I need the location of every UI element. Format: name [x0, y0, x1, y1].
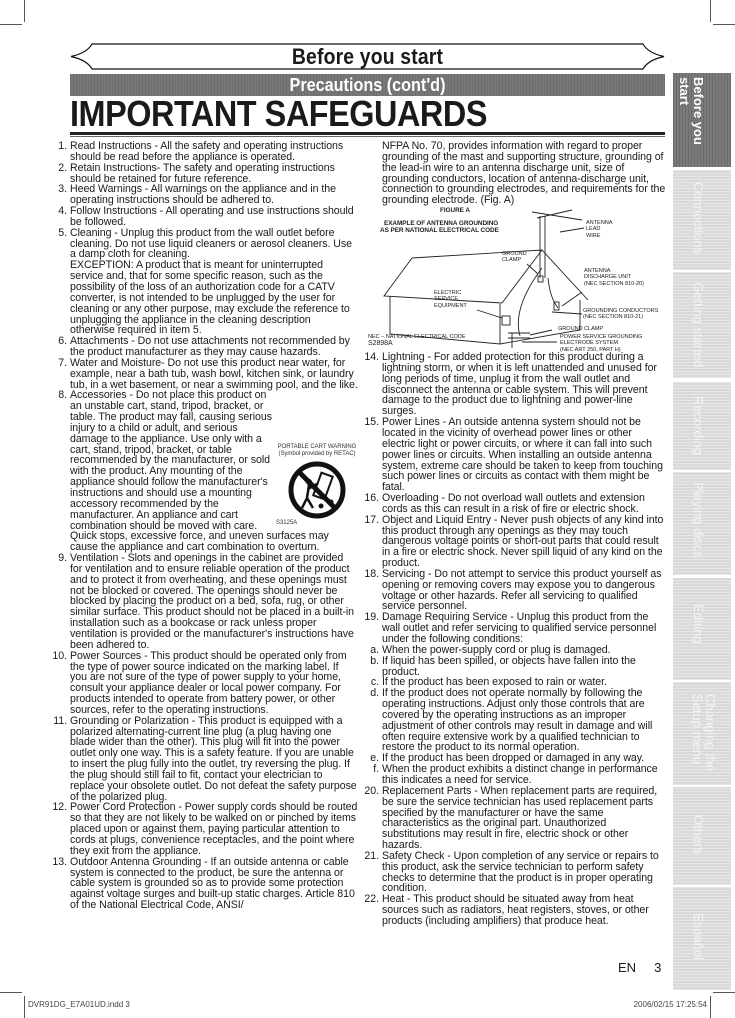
item-letter: d. — [362, 688, 382, 753]
title-rule — [70, 132, 665, 135]
item-number: 3. — [50, 184, 70, 206]
item-letter: e. — [362, 753, 382, 764]
item-number: 22. — [362, 894, 382, 927]
label-antenna-lead-wire: ANTENNA LEAD WIRE — [586, 220, 612, 239]
list-item: 20.Replacement Parts - When replacement … — [362, 786, 666, 851]
item-number: 9. — [50, 553, 70, 651]
item-text: Damage Requiring Service - Unplug this p… — [382, 612, 666, 645]
item-text: Ventilation - Slots and openings in the … — [70, 553, 358, 651]
item-text: Water and Moisture- Do not use this prod… — [70, 358, 358, 391]
tab-getting-started[interactable]: Getting started — [673, 272, 731, 378]
list-item: 2.Retain Instructions- The safety and op… — [50, 163, 358, 185]
item-text: Power Cord Protection - Power supply cor… — [70, 802, 358, 856]
item-number: 16. — [362, 493, 382, 515]
cart-warning-source: (Symbol provided by RETAC) — [276, 451, 358, 458]
item-text: If liquid has been spilled, or objects h… — [382, 656, 666, 678]
list-subitem: d.If the product does not operate normal… — [362, 688, 666, 753]
tab-label: Español — [673, 887, 731, 990]
item-text: If the product does not operate normally… — [382, 688, 666, 753]
item-number: 18. — [362, 569, 382, 612]
item-text: Object and Liquid Entry - Never push obj… — [382, 515, 666, 569]
item-number: 13. — [50, 857, 70, 911]
crop-mark — [24, 996, 25, 1018]
item-number: 17. — [362, 515, 382, 569]
list-item: 9.Ventilation - Slots and openings in th… — [50, 553, 358, 651]
portable-cart-warning: PORTABLE CART WARNING (Symbol provided b… — [276, 444, 358, 527]
tab-editing[interactable]: Editing — [673, 578, 731, 680]
label-electric-service-equipment: ELECTRIC SERVICE EQUIPMENT — [434, 290, 467, 309]
label-ground-clamp: GROUND CLAMP — [502, 251, 527, 264]
item-text: Safety Check - Upon completion of any se… — [382, 851, 666, 894]
title-rule-thin — [70, 136, 665, 137]
list-item: 1.Read Instructions - All the safety and… — [50, 141, 358, 163]
list-item: 16.Overloading - Do not overload wall ou… — [362, 493, 666, 515]
list-item: 5.Cleaning - Unplug this product from th… — [50, 228, 358, 336]
cart-warning-caption: PORTABLE CART WARNING — [276, 444, 358, 451]
list-item: 4.Follow Instructions - All operating an… — [50, 206, 358, 228]
label-power-service-grounding: POWER SERVICE GROUNDING ELECTRODE SYSTEM… — [560, 334, 642, 353]
list-item: 6.Attachments - Do not use attachments n… — [50, 336, 358, 358]
tab-recording[interactable]: Recording — [673, 382, 731, 470]
list-item: 22.Heat - This product should be situate… — [362, 894, 666, 927]
list-item: 11.Grounding or Polarization - This prod… — [50, 716, 358, 803]
section-title: Before you start — [106, 44, 630, 70]
list-subitem: b.If liquid has been spilled, or objects… — [362, 656, 666, 678]
section-banner: Before you start — [70, 43, 665, 70]
list-subitem: f.When the product exhibits a distinct c… — [362, 764, 666, 786]
tab-connections[interactable]: Connections — [673, 170, 731, 270]
tab-changing-setup-menu[interactable]: Changing the Setup menu — [673, 682, 731, 785]
crop-mark — [713, 24, 735, 25]
item-text: Replacement Parts - When replacement par… — [382, 786, 666, 851]
item-text: Servicing - Do not attempt to service th… — [382, 569, 666, 612]
list-item: 12.Power Cord Protection - Power supply … — [50, 802, 358, 856]
tab-label: Getting started — [673, 272, 731, 378]
item-text: Cleaning - Unplug this product from the … — [70, 227, 352, 261]
item-number: 14. — [362, 352, 382, 417]
item-number: 4. — [50, 206, 70, 228]
item-number: 8. — [50, 390, 70, 553]
tab-label: Changing the Setup menu — [673, 682, 731, 785]
item-text: Overloading - Do not overload wall outle… — [382, 493, 666, 515]
item-text: Read Instructions - All the safety and o… — [70, 141, 358, 163]
item-number: 11. — [50, 716, 70, 803]
item-exception-text: EXCEPTION: A product that is meant for u… — [70, 259, 350, 336]
list-item: 10.Power Sources - This product should b… — [50, 651, 358, 716]
item-text: When the product exhibits a distinct cha… — [382, 764, 666, 786]
item-text: Attachments - Do not use attachments not… — [70, 336, 358, 358]
tab-espanol[interactable]: Español — [673, 887, 731, 990]
figure-code: S2898A — [368, 341, 393, 347]
list-item: 14.Lightning - For added protection for … — [362, 352, 666, 417]
label-grounding-conductors: GROUNDING CONDUCTORS (NEC SECTION 810-21… — [583, 308, 658, 321]
crop-mark — [710, 996, 711, 1018]
item-number: 12. — [50, 802, 70, 856]
item-number: 10. — [50, 651, 70, 716]
label-ground-clamp-bottom: GROUND CLAMP — [558, 326, 603, 332]
tab-label: Editing — [673, 578, 731, 680]
item-text: Power Sources - This product should be o… — [70, 651, 358, 716]
list-item: 17.Object and Liquid Entry - Never push … — [362, 515, 666, 569]
crop-mark — [713, 992, 735, 993]
tab-label: Others — [673, 787, 731, 885]
item-letter: b. — [362, 656, 382, 678]
item-letter: f. — [362, 764, 382, 786]
crop-mark — [0, 24, 22, 25]
list-item: 13.Outdoor Antenna Grounding - If an out… — [50, 857, 358, 911]
item-number: 21. — [362, 851, 382, 894]
list-item: 3.Heed Warnings - All warnings on the ap… — [50, 184, 358, 206]
antenna-grounding-figure: FIGURE A EXAMPLE OF ANTENNA GROUNDING AS… — [362, 208, 666, 350]
item-number: 5. — [50, 228, 70, 336]
item-text: Heat - This product should be situated a… — [382, 894, 666, 927]
footer-filename: DVR91DG_E7A01UD.indd 3 — [28, 1000, 130, 1009]
item-text: Follow Instructions - All operating and … — [70, 206, 358, 228]
page-title: IMPORTANT SAFEGUARDS — [70, 96, 487, 132]
figure-title-line2: AS PER NATIONAL ELECTRICAL CODE — [380, 228, 499, 234]
item-text: Power Lines - An outside antenna system … — [382, 417, 666, 493]
tab-playing-discs[interactable]: Playing discs — [673, 472, 731, 575]
page-language: EN — [618, 960, 636, 975]
item-text: Grounding or Polarization - This product… — [70, 716, 358, 803]
crop-mark — [710, 0, 711, 22]
item-text: Heed Warnings - All warnings on the appl… — [70, 184, 358, 206]
page-number: EN3 — [618, 960, 661, 975]
page-number-value: 3 — [654, 960, 661, 975]
right-column: NFPA No. 70, provides information with r… — [362, 141, 666, 927]
figure-label: FIGURE A — [440, 208, 470, 214]
footer-timestamp: 2006/02/15 17:25:54 — [634, 1000, 707, 1009]
tab-label: Connections — [673, 170, 731, 270]
crop-mark — [24, 0, 25, 22]
list-item: 21.Safety Check - Upon completion of any… — [362, 851, 666, 894]
cart-tipover-warning-icon — [287, 460, 347, 520]
item-text: Outdoor Antenna Grounding - If an outsid… — [70, 857, 358, 911]
list-item: 7.Water and Moisture- Do not use this pr… — [50, 358, 358, 391]
crop-mark — [0, 992, 22, 993]
tab-label: Recording — [673, 382, 731, 470]
item-number: 19. — [362, 612, 382, 645]
tab-label: Playing discs — [673, 472, 731, 575]
list-item: 18.Servicing - Do not attempt to service… — [362, 569, 666, 612]
left-column: 1.Read Instructions - All the safety and… — [50, 141, 358, 911]
item-number: 15. — [362, 417, 382, 493]
item-text: NFPA No. 70, provides information with r… — [382, 141, 666, 206]
item-number: 2. — [50, 163, 70, 185]
item-number: 7. — [50, 358, 70, 391]
list-item: 8. PORTABLE CART WARNING (Symbol provide… — [50, 390, 358, 553]
tab-before-you-start[interactable]: Before you start — [673, 73, 731, 167]
item-text: Retain Instructions- The safety and oper… — [70, 163, 358, 185]
item-number: 20. — [362, 786, 382, 851]
item-number: 1. — [50, 141, 70, 163]
item-number: 6. — [50, 336, 70, 358]
tab-others[interactable]: Others — [673, 787, 731, 885]
list-item-continued: NFPA No. 70, provides information with r… — [362, 141, 666, 206]
list-item: 19.Damage Requiring Service - Unplug thi… — [362, 612, 666, 645]
item-text: Lightning - For added protection for thi… — [382, 352, 666, 417]
tab-label: Before you start — [673, 73, 731, 167]
label-antenna-discharge-unit: ANTENNA DISCHARGE UNIT (NEC SECTION 810-… — [584, 268, 644, 287]
cart-warning-code: S3125A — [276, 520, 358, 527]
list-item: 15.Power Lines - An outside antenna syst… — [362, 417, 666, 493]
